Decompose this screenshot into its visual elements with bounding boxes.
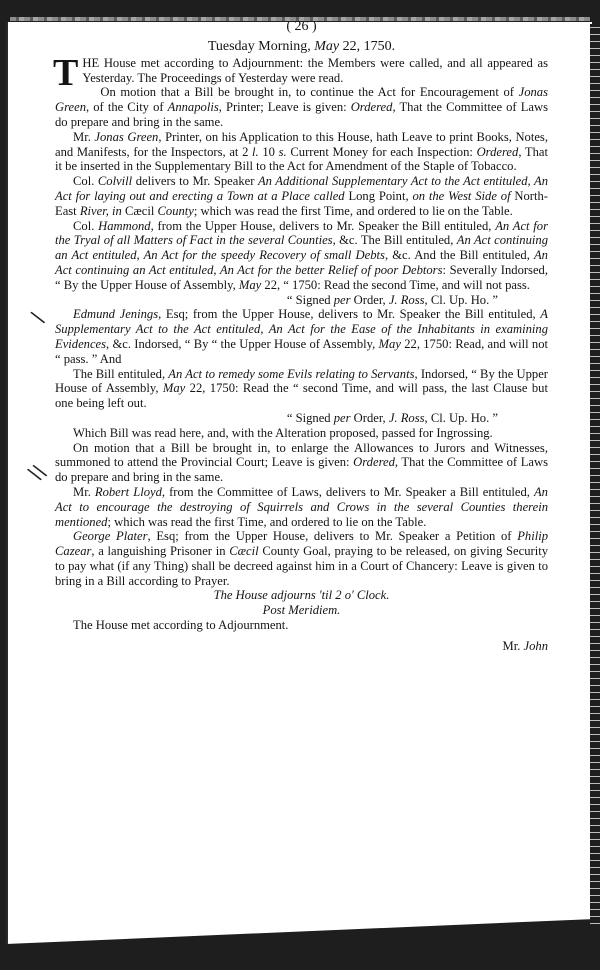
paragraph-motion-green: On motion that a Bill be brought in, to … [55, 85, 548, 129]
text-run: Order, [351, 293, 389, 307]
text-run: delivers to Mr. Speaker [132, 174, 258, 188]
paragraph-opening: THE House met according to Adjournment: … [55, 56, 548, 86]
italic-text: per [334, 411, 351, 425]
italic-text: May [379, 337, 401, 351]
text-run: Mr. [73, 485, 95, 499]
text-run: The Bill entituled, [73, 367, 168, 381]
text-run: , &c. And the Bill entituled, [385, 248, 534, 262]
italic-text: Ordered [353, 455, 395, 469]
italic-text: May [163, 381, 185, 395]
paragraph-servants: The Bill entituled, An Act to remedy som… [55, 367, 548, 411]
text-run: , Printer; Leave is given: [219, 100, 351, 114]
text-run: On motion that a Bill be brought in, to … [100, 85, 518, 99]
italic-text: on the West Side of [412, 189, 510, 203]
paragraph-lloyd: Mr. Robert Lloyd, from the Committee of … [55, 485, 548, 529]
body-paragraphs: THE House met according to Adjournment: … [55, 56, 548, 633]
text-run: Cæcil [122, 204, 158, 218]
paragraph-jurors: On motion that a Bill be brought in, to … [55, 441, 548, 485]
italic-text: The House adjourns 'til 2 o' Clock. [214, 588, 390, 602]
heading-month: May [314, 39, 339, 54]
text-run: ; which was read the first Time, and ord… [194, 204, 513, 218]
paragraph-jenings: Edmund Jenings, Esq; from the Upper Hous… [55, 307, 548, 366]
text-run: , of the City of [86, 100, 168, 114]
text-run: , from the Upper House, delivers to Mr. … [151, 219, 496, 233]
catchword-prefix: Mr. [503, 639, 524, 653]
italic-text: Ordered [351, 100, 393, 114]
text-run: Which Bill was read here, and, with the … [73, 426, 493, 440]
heading-suffix: 22, 1750. [339, 39, 395, 54]
italic-text: Robert Lloyd [95, 485, 162, 499]
paragraph-green-application: Mr. Jonas Green, Printer, on his Applica… [55, 130, 548, 174]
italic-text: County [158, 204, 194, 218]
paragraph-ingrossing: Which Bill was read here, and, with the … [55, 426, 548, 441]
text-run: Order, [351, 411, 389, 425]
italic-text: l. [252, 145, 259, 159]
text-run: “ Signed [287, 293, 334, 307]
italic-text: Annapolis [168, 100, 219, 114]
paragraph-met: The House met according to Adjournment. [55, 618, 548, 633]
text-run: , &c. The Bill entituled, [333, 233, 457, 247]
italic-text: George Plater [73, 529, 148, 543]
text-run: “ Signed [287, 411, 334, 425]
italic-text: J. Ross [389, 411, 425, 425]
text-run: Col. [73, 174, 98, 188]
paragraph-hammond: Col. Hammond, from the Upper House, deli… [55, 219, 548, 293]
italic-text: Colvill [98, 174, 132, 188]
text-run: Current Money for each Inspection: [287, 145, 477, 159]
paragraph-sig-2: “ Signed per Order, J. Ross, Cl. Up. Ho.… [55, 411, 548, 426]
text-run: Mr. [73, 130, 94, 144]
italic-text: Hammond [98, 219, 150, 233]
text-run: Long Point, [345, 189, 413, 203]
text-run: Col. [73, 219, 98, 233]
italic-text: An Act to remedy some Evils relating to … [168, 367, 414, 381]
catchword-name: John [524, 639, 548, 653]
italic-text: J. Ross [389, 293, 425, 307]
italic-text: Jonas Green [94, 130, 158, 144]
paragraph-sig-1: “ Signed per Order, J. Ross, Cl. Up. Ho.… [55, 293, 548, 308]
page-number: ( 26 ) [55, 20, 548, 38]
paragraph-colvill: Col. Colvill delivers to Mr. Speaker An … [55, 174, 548, 218]
italic-text: per [334, 293, 351, 307]
catchword: Mr. John [55, 639, 548, 654]
text-run: , Esq; from the Upper House, delivers to… [148, 529, 518, 543]
drop-cap: T [53, 58, 78, 88]
italic-text: May [239, 278, 261, 292]
heading-prefix: Tuesday Morning, [208, 39, 314, 54]
text-run: , a languishing Prisoner in [91, 544, 229, 558]
paragraph-plater: George Plater, Esq; from the Upper House… [55, 529, 548, 588]
text-run: HE House met according to Adjournment: t… [82, 56, 548, 85]
scanned-page: ( 26 ) Tuesday Morning, May 22, 1750. TH… [6, 22, 592, 944]
italic-text: s. [279, 145, 287, 159]
text-run: ; which was read the first Time, and ord… [107, 515, 426, 529]
text-run: , &c. Indorsed, “ By “ the Upper House o… [106, 337, 379, 351]
page-top-edge [10, 17, 590, 21]
italic-text: Edmund Jenings [73, 307, 158, 321]
text-run: , Cl. Up. Ho. ” [425, 411, 498, 425]
text-run: 10 [259, 145, 279, 159]
text-run: , from the Committee of Laws, delivers t… [162, 485, 534, 499]
italic-text: River, in [80, 204, 122, 218]
text-run: , Cl. Up. Ho. ” [425, 293, 498, 307]
italic-text: Ordered [477, 145, 519, 159]
paragraph-post-meridiem: Post Meridiem. [55, 603, 548, 618]
paragraph-adjourns: The House adjourns 'til 2 o' Clock. [55, 588, 548, 603]
italic-text: Cæcil [229, 544, 258, 558]
text-run: 22, “ 1750: Read the second Time, and wi… [261, 278, 530, 292]
italic-text: Post Meridiem. [263, 603, 341, 617]
page-right-edge [590, 24, 600, 924]
page-text: ( 26 ) Tuesday Morning, May 22, 1750. TH… [55, 22, 548, 654]
text-run: , Esq; from the Upper House, delivers to… [158, 307, 540, 321]
text-run: The House met according to Adjournment. [73, 618, 288, 632]
page-heading: Tuesday Morning, May 22, 1750. [55, 40, 548, 55]
